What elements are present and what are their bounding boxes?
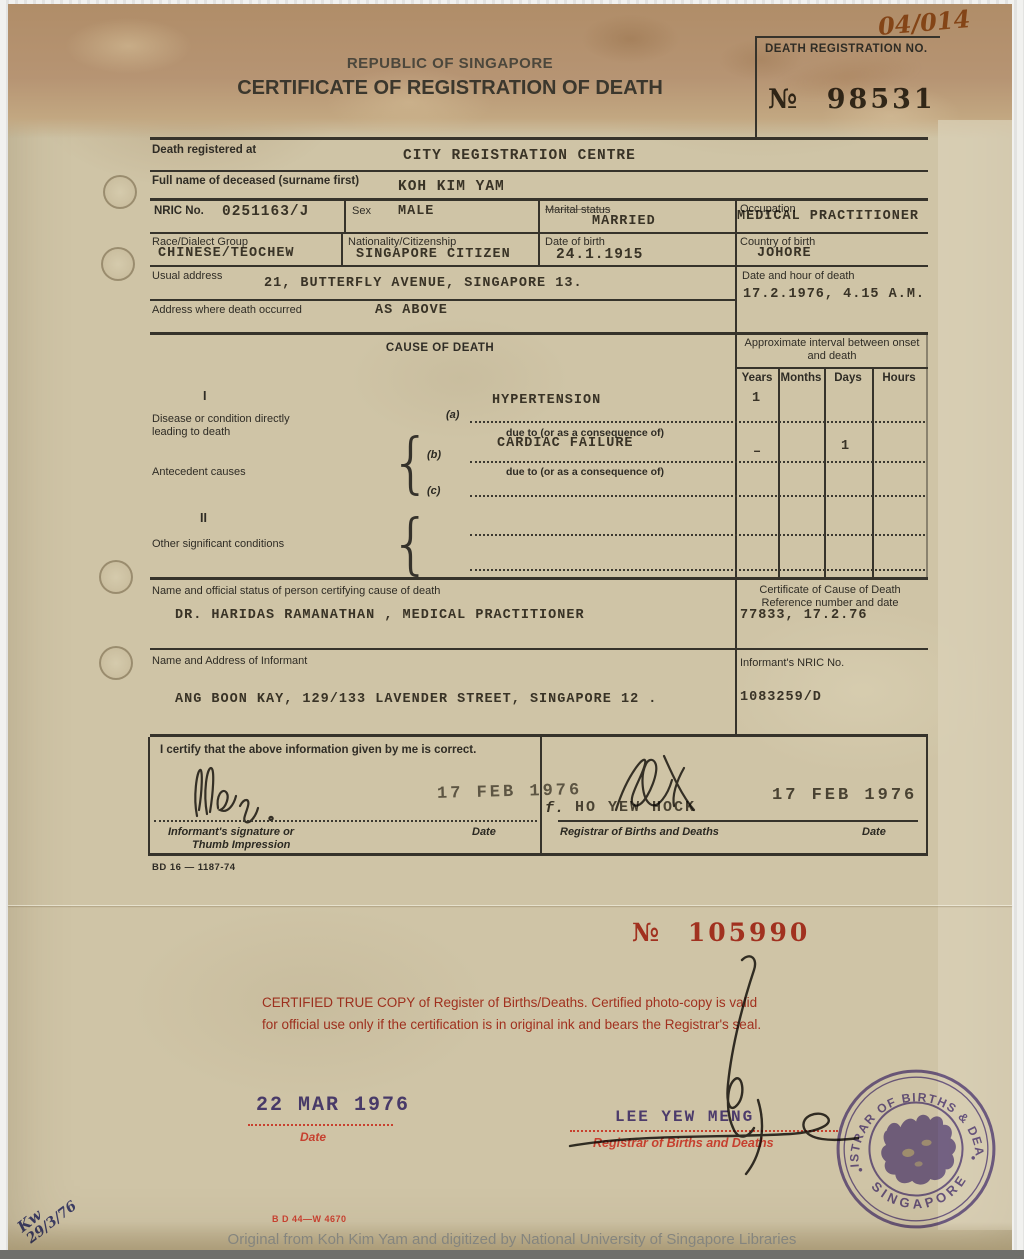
scan-bottom-edge	[0, 1250, 1024, 1259]
informant-signature-line	[154, 820, 537, 822]
column-divider	[538, 199, 540, 232]
informant-nric-label: Informant's NRIC No.	[740, 657, 844, 669]
cause-ref-value: 77833, 17.2.76	[740, 608, 867, 623]
rule	[150, 734, 928, 737]
informant-sig-label-1: Informant's signature or	[168, 826, 294, 838]
section-numeral-2: II	[200, 511, 207, 525]
informant-label: Name and Address of Informant	[152, 655, 307, 667]
usual-address-value: 21, BUTTERFLY AVENUE, SINGAPORE 13.	[264, 276, 583, 291]
punch-hole	[103, 175, 137, 209]
death-registration-number: № 98531	[768, 84, 936, 115]
certificate-title: CERTIFICATE OF REGISTRATION OF DEATH	[150, 77, 750, 100]
interval-b-years-dash: –	[753, 445, 762, 460]
reg-no-box-left-border	[755, 36, 757, 137]
col-days: Days	[825, 372, 871, 384]
antecedent-label: Antecedent causes	[152, 466, 246, 478]
due-to-label-2: due to (or as a consequence of)	[475, 466, 695, 478]
dotted-line-other-1	[470, 534, 925, 536]
nationality-value: SINGAPORE CITIZEN	[356, 247, 511, 262]
cause-title: CAUSE OF DEATH	[330, 342, 550, 354]
rule	[150, 332, 928, 335]
deceased-name-value: KOH KIM YAM	[398, 179, 505, 195]
certified-copy-date-stamp: 22 MAR 1976	[256, 1094, 410, 1117]
interval-table-divider	[778, 367, 780, 578]
disease-label-line2: leading to death	[152, 426, 230, 438]
antecedent-brace: {	[390, 430, 432, 496]
registrar-date-label: Date	[862, 826, 886, 838]
nric-label: NRIC No.	[154, 205, 204, 217]
republic-heading: REPUBLIC OF SINGAPORE	[150, 55, 750, 72]
death-address-label: Address where death occurred	[152, 304, 302, 316]
paper-crease	[8, 905, 1012, 906]
interval-b-days: 1	[841, 439, 850, 454]
column-divider	[735, 648, 737, 735]
print-code: B D 44—W 4670	[272, 1214, 347, 1224]
other-conditions-label: Other significant conditions	[152, 538, 284, 550]
certifier-value: DR. HARIDAS RAMANATHAN , MEDICAL PRACTIT…	[175, 608, 585, 623]
birth-country-value: JOHORE	[757, 246, 812, 261]
rule	[150, 137, 928, 140]
interval-header: Approximate interval between onset and d…	[737, 337, 927, 363]
digitization-attribution: Original from Koh Kim Yam and digitized …	[0, 1231, 1024, 1248]
dotted-line-b	[470, 461, 925, 463]
punch-hole	[99, 646, 133, 680]
cause-b-prefix: (b)	[427, 449, 441, 461]
other-conditions-brace: {	[390, 511, 432, 577]
deceased-name-label: Full name of deceased (surname first)	[152, 175, 359, 187]
col-years: Years	[737, 372, 777, 384]
sex-label: Sex	[352, 205, 371, 217]
certifier-label: Name and official status of person certi…	[152, 585, 440, 597]
punch-hole	[99, 560, 133, 594]
cause-b-value: CARDIAC FAILURE	[497, 436, 634, 451]
informant-sig-label-2: Thumb Impression	[192, 839, 290, 851]
registered-at-label: Death registered at	[152, 144, 256, 156]
rule	[150, 577, 928, 580]
registrar-prefix: f.	[545, 800, 565, 817]
rule	[150, 170, 928, 172]
death-datetime-value: 17.2.1976, 4.15 A.M.	[743, 287, 925, 302]
dotted-line-a	[470, 421, 925, 423]
interval-table-border	[735, 333, 737, 578]
interval-table-divider	[872, 367, 874, 578]
informant-date-label: Date	[472, 826, 496, 838]
attestation-box-border	[148, 737, 150, 855]
death-datetime-label: Date and hour of death	[742, 270, 855, 282]
interval-a-years: 1	[752, 391, 761, 406]
dotted-line-c	[470, 495, 925, 497]
column-divider	[344, 199, 346, 232]
registered-at-value: CITY REGISTRATION CENTRE	[403, 148, 636, 164]
column-divider	[735, 232, 737, 265]
sex-value: MALE	[398, 204, 434, 219]
attestation-box-border	[926, 737, 928, 855]
reg-no-label: DEATH REGISTRATION NO.	[765, 43, 928, 55]
death-address-value: AS ABOVE	[375, 303, 448, 318]
informant-nric-value: 1083259/D	[740, 690, 822, 705]
column-divider	[341, 232, 343, 265]
col-months: Months	[779, 372, 823, 384]
nric-value: 0251163/J	[222, 204, 309, 220]
date-dotted-line	[248, 1124, 393, 1126]
cause-c-prefix: (c)	[427, 485, 440, 497]
certified-copy-serial: № 105990	[632, 918, 810, 947]
col-hours: Hours	[873, 372, 925, 384]
cause-ref-label-1: Certificate of Cause of Death	[737, 584, 923, 596]
race-value: CHINESE/TEOCHEW	[158, 246, 295, 261]
rule	[735, 367, 928, 369]
cause-a-value: HYPERTENSION	[492, 393, 601, 408]
punch-hole	[101, 247, 135, 281]
usual-address-label: Usual address	[152, 270, 222, 282]
marital-value: MARRIED	[592, 214, 656, 229]
registrar-label: Registrar of Births and Deaths	[560, 826, 719, 838]
disease-label-line1: Disease or condition directly	[152, 413, 290, 425]
rule	[150, 648, 928, 650]
cause-a-prefix: (a)	[446, 409, 459, 421]
form-code: BD 16 — 1187-74	[152, 862, 236, 873]
informant-value: ANG BOON KAY, 129/133 LAVENDER STREET, S…	[175, 692, 657, 707]
rule	[148, 853, 928, 856]
column-divider	[735, 265, 737, 334]
occupation-value: MEDICAL PRACTITIONER	[737, 209, 919, 224]
dob-value: 24.1.1915	[556, 247, 643, 263]
section-numeral-1: I	[203, 389, 206, 403]
interval-table-divider	[824, 367, 826, 578]
reg-no-box-top-border	[755, 36, 940, 38]
registrar-signature-line	[558, 820, 918, 822]
certifying-registrar-signature	[560, 948, 910, 1183]
rule	[150, 265, 928, 267]
interval-table-border	[926, 333, 928, 578]
certify-statement: I certify that the above information giv…	[160, 744, 476, 756]
rule	[150, 299, 735, 301]
column-divider	[538, 232, 540, 265]
dotted-line-other-2	[470, 569, 925, 571]
registrar-date-stamp: 17 FEB 1976	[772, 786, 917, 805]
registrar-name-stamp: HO YEW HOCK	[575, 799, 696, 816]
death-certificate-scan: 04/014 DEATH REGISTRATION NO. № 98531 RE…	[0, 0, 1024, 1259]
certified-date-label: Date	[300, 1130, 326, 1144]
